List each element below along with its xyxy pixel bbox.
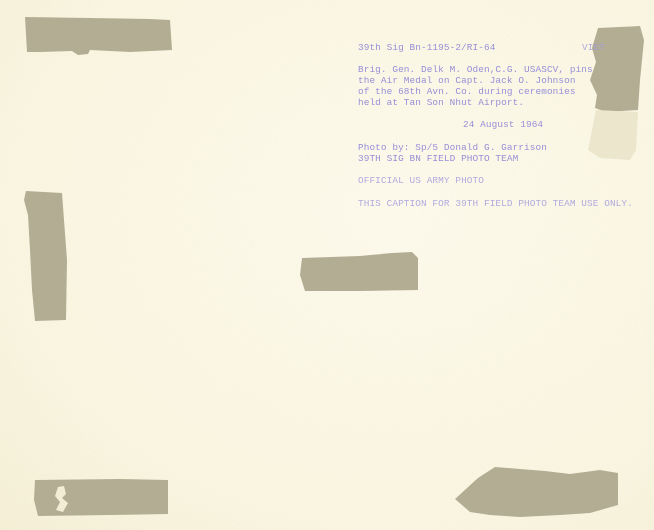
unit-credit: 39TH SIG BN FIELD PHOTO TEAM — [358, 154, 518, 165]
caption-date: 24 August 1964 — [463, 120, 543, 131]
reference-number: 39th Sig Bn-1195-2/RI-64 — [358, 43, 495, 54]
photographer-credit: Photo by: Sp/5 Donald G. Garrison — [358, 143, 547, 154]
caption-line-1: Brig. Gen. Delk M. Oden,C.G. USASCV, pin… — [358, 65, 593, 76]
official-photo-label: OFFICIAL US ARMY PHOTO — [358, 176, 484, 187]
caption-line-4: held at Tan Son Nhut Airport. — [358, 98, 524, 109]
caption-line-2: the Air Medal on Capt. Jack O. Johnson — [358, 76, 576, 87]
usage-note: THIS CAPTION FOR 39TH FIELD PHOTO TEAM U… — [358, 199, 633, 210]
caption-line-3: of the 68th Avn. Co. during ceremonies — [358, 87, 576, 98]
location-tag: VIET — [582, 43, 605, 54]
